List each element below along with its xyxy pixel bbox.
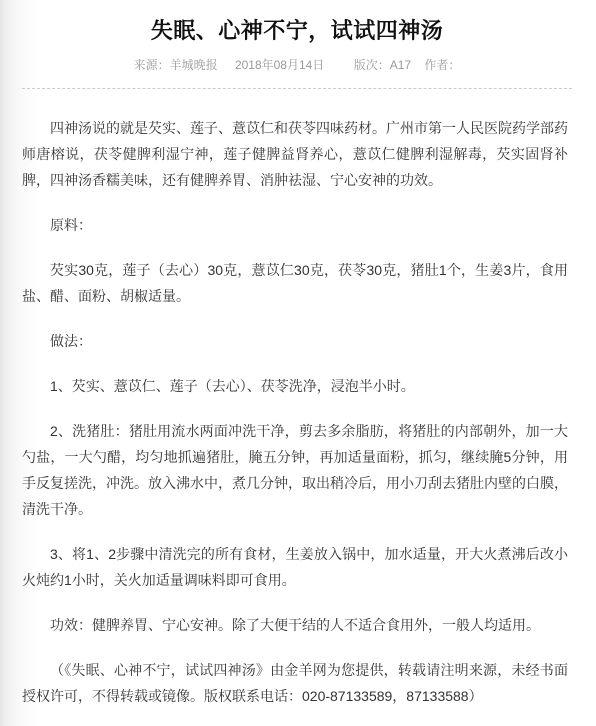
paragraph-ingredients-heading: 原料：: [22, 212, 568, 238]
article: 失眠、心神不宁，试试四神汤 来源：羊城晚报 2018年08月14日 版次：A17…: [22, 0, 572, 709]
paragraph-method-heading: 做法：: [22, 328, 568, 354]
paragraph-step-1: 1、芡实、薏苡仁、莲子（去心）、茯苓洗净，浸泡半小时。: [22, 373, 568, 399]
paragraph-intro: 四神汤说的就是芡实、莲子、薏苡仁和茯苓四味药材。广州市第一人民医院药学部药师唐榕…: [22, 115, 568, 193]
article-title: 失眠、心神不宁，试试四神汤: [22, 0, 572, 48]
paragraph-ingredients: 芡实30克，莲子（去心）30克，薏苡仁30克，茯苓30克，猪肚1个，生姜3片，食…: [22, 257, 568, 309]
paragraph-copyright: （《失眠、心神不宁，试试四神汤》由金羊网为您提供，转载请注明来源，未经书面授权许…: [22, 657, 568, 709]
source-label: 来源：: [134, 56, 170, 74]
header-divider: [22, 88, 572, 89]
article-meta: 来源：羊城晚报 2018年08月14日 版次：A17 作者：: [22, 56, 572, 74]
edition-value: A17: [390, 56, 411, 74]
edition-label: 版次：: [354, 56, 390, 74]
paragraph-efficacy: 功效：健脾养胃、宁心安神。除了大便干结的人不适合食用外，一般人均适用。: [22, 612, 568, 638]
author-label: 作者：: [424, 56, 460, 74]
publish-date: 2018年08月14日: [235, 56, 324, 74]
article-body: 四神汤说的就是芡实、莲子、薏苡仁和茯苓四味药材。广州市第一人民医院药学部药师唐榕…: [22, 115, 568, 709]
source-value: 羊城晚报: [170, 56, 218, 74]
paragraph-step-3: 3、将1、2步骤中清洗完的所有食材，生姜放入锅中，加水适量，开大火煮沸后改小火炖…: [22, 541, 568, 593]
paragraph-step-2: 2、洗猪肚：猪肚用流水两面冲洗干净，剪去多余脂肪，将猪肚的内部朝外，加一大勺盐，…: [22, 418, 568, 522]
